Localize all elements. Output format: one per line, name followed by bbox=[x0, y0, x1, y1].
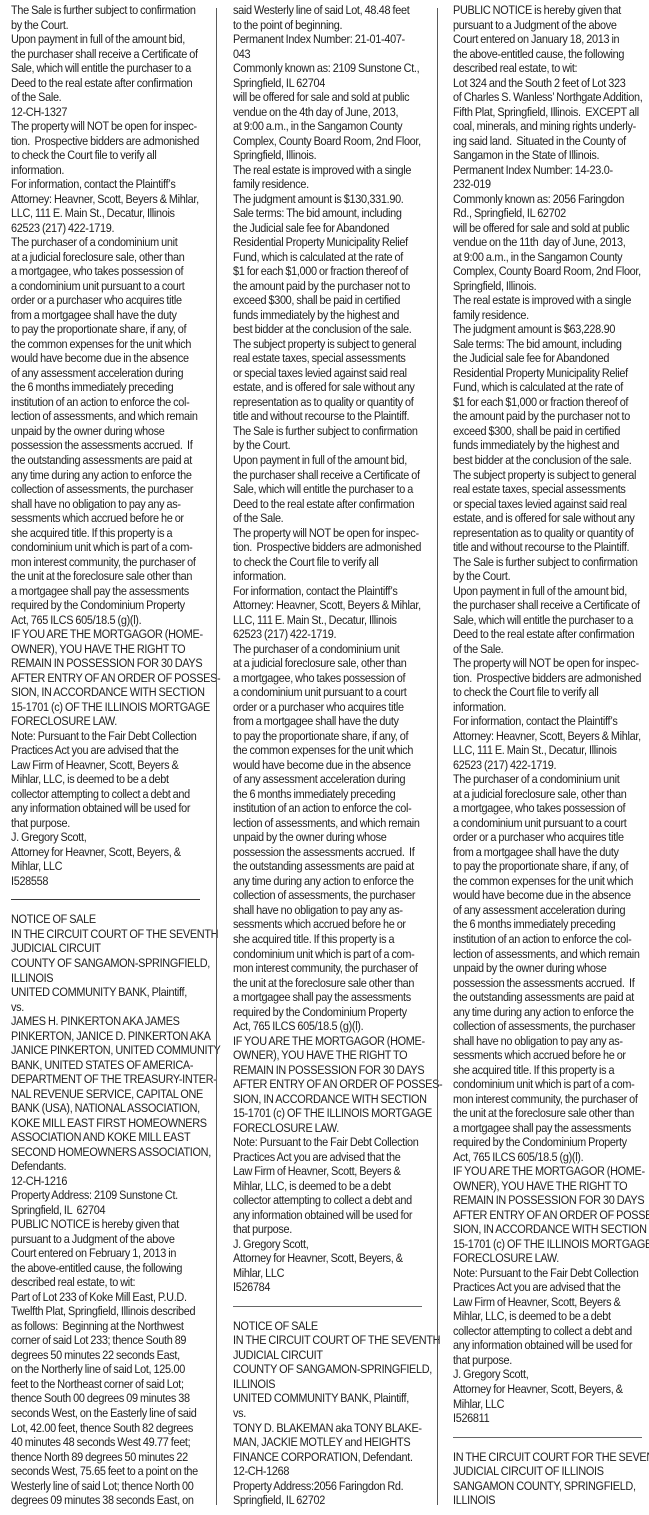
notice-line: corner of said Lot 233; thence South 89 bbox=[11, 1333, 202, 1348]
notice-line: J. Gregory Scott, bbox=[233, 1237, 426, 1252]
notice-line: described real estate, to wit: bbox=[11, 1275, 202, 1290]
notice-line: pursuant to a Judgment of the above bbox=[453, 18, 649, 33]
notice-line: The subject property is subject to gener… bbox=[233, 337, 426, 352]
notice-line: any information obtained will be used fo… bbox=[233, 1208, 426, 1223]
notice-separator-rule bbox=[453, 1437, 642, 1438]
notice-line: 15-1701 (c) OF THE ILLINOIS MORTGAGE bbox=[11, 700, 202, 715]
notice-line: condominium unit which is part of a com- bbox=[11, 540, 202, 555]
notice-line: Act, 765 ILCS 605/18.5 (g)(l). bbox=[453, 1150, 649, 1165]
notice-line: funds immediately by the highest and bbox=[453, 438, 649, 453]
notice-line: Note: Pursuant to the Fair Debt Collecti… bbox=[453, 1266, 649, 1281]
notice-line: BANK (USA), NATIONAL ASSOCIATION, bbox=[11, 1101, 202, 1116]
notice-line: any time during any action to enforce th… bbox=[453, 1005, 649, 1020]
notice-line: any information obtained will be used fo… bbox=[453, 1338, 649, 1353]
notice-line: collection of assessments, the purchaser bbox=[233, 888, 426, 903]
notice-line: Permanent Index Number: 21-01-407- bbox=[233, 32, 426, 47]
notice-line: representation as to quality or quantity… bbox=[453, 526, 649, 541]
notice-line: the outstanding assessments are paid at bbox=[11, 453, 202, 468]
notice-line: the unit at the foreclosure sale other t… bbox=[11, 569, 202, 584]
notice-line: OWNER), YOU HAVE THE RIGHT TO bbox=[453, 1179, 649, 1194]
notice-line: Court entered on January 18, 2013 in bbox=[453, 32, 649, 47]
notice-line: would have become due in the absence bbox=[233, 758, 426, 773]
notice-line: I526811 bbox=[453, 1411, 649, 1426]
notice-line: The real estate is improved with a singl… bbox=[453, 293, 649, 308]
notice-line: Springfield, IL 62704 bbox=[11, 1203, 202, 1218]
notice-line: thence North 89 degrees 50 minutes 22 bbox=[11, 1450, 202, 1465]
notice-line: SION, IN ACCORDANCE WITH SECTION bbox=[11, 685, 202, 700]
notice-line: Law Firm of Heavner, Scott, Beyers & bbox=[11, 758, 202, 773]
notice-line: IF YOU ARE THE MORTGAGOR (HOME- bbox=[453, 1164, 649, 1179]
notice-line: would have become due in the absence bbox=[453, 888, 649, 903]
notice-line: best bidder at the conclusion of the sal… bbox=[233, 322, 426, 337]
notice-line: that purpose. bbox=[453, 1353, 649, 1368]
notice-line: from a mortgagee shall have the duty bbox=[453, 845, 649, 860]
notice-line: thence South 00 degrees 09 minutes 38 bbox=[11, 1391, 202, 1406]
notice-line: Upon payment in full of the amount bid, bbox=[453, 584, 649, 599]
notice-line: a mortgagee, who takes possession of bbox=[453, 801, 649, 816]
notice-line: feet to the Northeast corner of said Lot… bbox=[11, 1377, 202, 1392]
notice-text-block: NOTICE OF SALEIN THE CIRCUIT COURT OF TH… bbox=[233, 1319, 426, 1508]
notice-line: the 6 months immediately preceding bbox=[453, 917, 649, 932]
notice-line: the purchaser shall receive a Certificat… bbox=[11, 47, 202, 62]
notice-line: The judgment amount is $130,331.90. bbox=[233, 192, 426, 207]
notice-line: mon interest community, the purchaser of bbox=[11, 555, 202, 570]
notice-line: Permanent Index Number: 14-23.0- bbox=[453, 163, 649, 178]
notice-line: the outstanding assessments are paid at bbox=[233, 859, 426, 874]
notice-line: that purpose. bbox=[11, 816, 202, 831]
notice-line: Law Firm of Heavner, Scott, Beyers & bbox=[453, 1295, 649, 1310]
notice-line: Commonly known as: 2109 Sunstone Ct., bbox=[233, 61, 426, 76]
notice-line: tion. Prospective bidders are admonished bbox=[11, 134, 202, 149]
notice-line: real estate taxes, special assessments bbox=[453, 482, 649, 497]
notice-line: by the Court. bbox=[11, 18, 202, 33]
notice-line: I526784 bbox=[233, 1280, 426, 1295]
notice-line: the amount paid by the purchaser not to bbox=[233, 279, 426, 294]
notice-line: institution of an action to enforce the … bbox=[453, 932, 649, 947]
notice-line: ASSOCIATION AND KOKE MILL EAST bbox=[11, 1130, 202, 1145]
notice-line: BANK, UNITED STATES OF AMERICA- bbox=[11, 1058, 202, 1073]
notice-line: to pay the proportionate share, if any, … bbox=[11, 322, 202, 337]
notice-line: Attorney for Heavner, Scott, Beyers, & bbox=[11, 845, 202, 860]
notice-line: REMAIN IN POSSESSION FOR 30 DAYS bbox=[453, 1193, 649, 1208]
notice-line: from a mortgagee shall have the duty bbox=[233, 714, 426, 729]
notice-line: Residential Property Municipality Relief bbox=[233, 235, 426, 250]
notice-line: ing said land. Situated in the County of bbox=[453, 134, 649, 149]
notice-line: REMAIN IN POSSESSION FOR 30 DAYS bbox=[233, 1063, 426, 1078]
notice-line: Mihlar, LLC bbox=[11, 859, 202, 874]
notice-line: PUBLIC NOTICE is hereby given that bbox=[453, 3, 649, 18]
notice-line: Upon payment in full of the amount bid, bbox=[233, 453, 426, 468]
notice-line: sessments which accrued before he or bbox=[233, 917, 426, 932]
notice-line: COUNTY OF SANGAMON-SPRINGFIELD, bbox=[11, 956, 202, 971]
notice-line: possession the assessments accrued. If bbox=[453, 976, 649, 991]
notice-line: of the Sale. bbox=[233, 511, 426, 526]
notice-line: Deed to the real estate after confirmati… bbox=[453, 627, 649, 642]
notice-line: FORECLOSURE LAW. bbox=[453, 1251, 649, 1266]
notice-line: JUDICIAL CIRCUIT OF ILLINOIS bbox=[453, 1464, 649, 1479]
notice-line: family residence. bbox=[453, 308, 649, 323]
notice-line: information. bbox=[233, 569, 426, 584]
notice-line: The purchaser of a condominium unit bbox=[11, 235, 202, 250]
notice-line: AFTER ENTRY OF AN ORDER OF POSSES- bbox=[233, 1077, 426, 1092]
notice-line: Practices Act you are advised that the bbox=[11, 743, 202, 758]
notice-line: possession the assessments accrued. If bbox=[233, 845, 426, 860]
notice-line: said Westerly line of said Lot, 48.48 fe… bbox=[233, 3, 426, 18]
notice-line: Defendants. bbox=[11, 1159, 202, 1174]
notice-line: SECOND HOMEOWNERS ASSOCIATION, bbox=[11, 1145, 202, 1160]
notice-line: 62523 (217) 422-1719. bbox=[11, 221, 202, 236]
notice-line: exceed $300, shall be paid in certified bbox=[233, 293, 426, 308]
column-divider bbox=[216, 8, 217, 1505]
notice-line: sessments which accrued before he or bbox=[11, 511, 202, 526]
notice-text-block: PUBLIC NOTICE is hereby given thatpursua… bbox=[453, 3, 649, 1426]
notice-line: will be offered for sale and sold at pub… bbox=[453, 221, 649, 236]
notice-line: LLC, 111 E. Main St., Decatur, Illinois bbox=[233, 613, 426, 628]
notice-line: the purchaser shall receive a Certificat… bbox=[233, 468, 426, 483]
notice-text-block: NOTICE OF SALEIN THE CIRCUIT COURT OF TH… bbox=[11, 912, 202, 1507]
notice-line: Sale terms: The bid amount, including bbox=[453, 337, 649, 352]
notice-line: Sale terms: The bid amount, including bbox=[233, 206, 426, 221]
notice-line: The property will NOT be open for inspec… bbox=[233, 526, 426, 541]
notice-line: Mihlar, LLC bbox=[453, 1397, 649, 1412]
notice-line: Court entered on February 1, 2013 in bbox=[11, 1246, 202, 1261]
notice-text-block: IN THE CIRCUIT COURT FOR THE SEVENTHJUDI… bbox=[453, 1450, 649, 1508]
notice-line: estate, and is offered for sale without … bbox=[453, 511, 649, 526]
notice-line: at a judicial foreclosure sale, other th… bbox=[453, 787, 649, 802]
column-3: PUBLIC NOTICE is hereby given thatpursua… bbox=[453, 3, 649, 1508]
notice-line: 62523 (217) 422-1719. bbox=[233, 627, 426, 642]
notice-line: the common expenses for the unit which bbox=[453, 874, 649, 889]
notice-line: TONY D. BLAKEMAN aka TONY BLAKE- bbox=[233, 1421, 426, 1436]
notice-line: Deed to the real estate after confirmati… bbox=[233, 497, 426, 512]
notice-line: For information, contact the Plaintiff’s bbox=[453, 714, 649, 729]
notice-line: IF YOU ARE THE MORTGAGOR (HOME- bbox=[11, 627, 202, 642]
notice-line: The property will NOT be open for inspec… bbox=[453, 656, 649, 671]
notice-line: the amount paid by the purchaser not to bbox=[453, 409, 649, 424]
notice-line: to check the Court file to verify all bbox=[233, 555, 426, 570]
notice-line: the above-entitled cause, the following bbox=[453, 47, 649, 62]
notice-line: by the Court. bbox=[233, 438, 426, 453]
notice-line: she acquired title. If this property is … bbox=[453, 1063, 649, 1078]
notice-line: Sale, which will entitle the purchaser t… bbox=[453, 613, 649, 628]
notice-line: order or a purchaser who acquires title bbox=[11, 293, 202, 308]
notice-line: degrees 09 minutes 38 seconds East, on bbox=[11, 1493, 202, 1508]
notice-line: SION, IN ACCORDANCE WITH SECTION bbox=[233, 1092, 426, 1107]
notice-line: The property will NOT be open for inspec… bbox=[11, 119, 202, 134]
notice-line: order or a purchaser who acquires title bbox=[233, 700, 426, 715]
notice-line: would have become due in the absence bbox=[11, 351, 202, 366]
notice-line: at 9:00 a.m., in the Sangamon County bbox=[453, 250, 649, 265]
notice-line: a condominium unit pursuant to a court bbox=[453, 816, 649, 831]
notice-line: vendue on the 4th day of June, 2013, bbox=[233, 105, 426, 120]
notice-line: Attorney for Heavner, Scott, Beyers, & bbox=[233, 1251, 426, 1266]
notice-line: seconds West, on the Easterly line of sa… bbox=[11, 1406, 202, 1421]
notice-line: PUBLIC NOTICE is hereby given that bbox=[11, 1217, 202, 1232]
notice-line: KOKE MILL EAST FIRST HOMEOWNERS bbox=[11, 1116, 202, 1131]
notice-line: the 6 months immediately preceding bbox=[233, 787, 426, 802]
notice-line: Lot 324 and the South 2 feet of Lot 323 bbox=[453, 76, 649, 91]
notice-line: LLC, 111 E. Main St., Decatur, Illinois bbox=[11, 206, 202, 221]
notice-line: shall have no obligation to pay any as- bbox=[11, 497, 202, 512]
notice-line: coal, minerals, and mining rights underl… bbox=[453, 119, 649, 134]
notice-line: REMAIN IN POSSESSION FOR 30 DAYS bbox=[11, 656, 202, 671]
notice-line: J. Gregory Scott, bbox=[11, 830, 202, 845]
notice-line: from a mortgagee shall have the duty bbox=[11, 308, 202, 323]
notice-line: collection of assessments, the purchaser bbox=[453, 1019, 649, 1034]
notice-line: FINANCE CORPORATION, Defendant. bbox=[233, 1450, 426, 1465]
notice-line: Mihlar, LLC, is deemed to be a debt bbox=[233, 1179, 426, 1194]
notice-line: Complex, County Board Room, 2nd Floor, bbox=[233, 134, 426, 149]
notice-line: MAN, JACKIE MOTLEY and HEIGHTS bbox=[233, 1435, 426, 1450]
notice-line: ILLINOIS bbox=[453, 1493, 649, 1508]
notice-text-block: said Westerly line of said Lot, 48.48 fe… bbox=[233, 3, 426, 1295]
notice-line: unpaid by the owner during whose bbox=[11, 424, 202, 439]
notice-line: collector attempting to collect a debt a… bbox=[11, 787, 202, 802]
notice-line: any time during any action to enforce th… bbox=[233, 874, 426, 889]
notice-line: any information obtained will be used fo… bbox=[11, 801, 202, 816]
notice-line: order or a purchaser who acquires title bbox=[453, 830, 649, 845]
notice-line: at a judicial foreclosure sale, other th… bbox=[233, 656, 426, 671]
notice-line: of the Sale. bbox=[11, 90, 202, 105]
notice-line: Act, 765 ILCS 605/18.5 (g)(l). bbox=[233, 1019, 426, 1034]
notice-line: title and without recourse to the Plaint… bbox=[233, 409, 426, 424]
notice-line: degrees 50 minutes 22 seconds East, bbox=[11, 1348, 202, 1363]
notice-line: Fifth Plat, Springfield, Illinois. EXCEP… bbox=[453, 105, 649, 120]
notice-line: The subject property is subject to gener… bbox=[453, 468, 649, 483]
notice-line: mon interest community, the purchaser of bbox=[233, 961, 426, 976]
notice-line: condominium unit which is part of a com- bbox=[453, 1077, 649, 1092]
notice-line: Complex, County Board Room, 2nd Floor, bbox=[453, 264, 649, 279]
notice-line: collection of assessments, the purchaser bbox=[11, 482, 202, 497]
notice-line: required by the Condominium Property bbox=[11, 598, 202, 613]
notice-line: lection of assessments, and which remain bbox=[11, 409, 202, 424]
notice-line: For information, contact the Plaintiff’s bbox=[11, 177, 202, 192]
notice-line: The purchaser of a condominium unit bbox=[453, 772, 649, 787]
notice-line: JANICE PINKERTON, UNITED COMMUNITY bbox=[11, 1043, 202, 1058]
notice-line: unpaid by the owner during whose bbox=[453, 961, 649, 976]
notice-line: to pay the proportionate share, if any, … bbox=[453, 859, 649, 874]
notice-line: lection of assessments, and which remain bbox=[233, 816, 426, 831]
notice-line: family residence. bbox=[233, 177, 426, 192]
notice-line: LLC, 111 E. Main St., Decatur, Illinois bbox=[453, 743, 649, 758]
notice-line: Law Firm of Heavner, Scott, Beyers & bbox=[233, 1164, 426, 1179]
notice-line: mon interest community, the purchaser of bbox=[453, 1092, 649, 1107]
notice-line: Springfield, Illinois. bbox=[453, 279, 649, 294]
notice-line: the Judicial sale fee for Abandoned bbox=[453, 351, 649, 366]
notice-line: FORECLOSURE LAW. bbox=[233, 1121, 426, 1136]
notice-line: of any assessment acceleration during bbox=[233, 772, 426, 787]
notice-line: OWNER), YOU HAVE THE RIGHT TO bbox=[233, 1048, 426, 1063]
notice-line: ILLINOIS bbox=[233, 1377, 426, 1392]
notice-line: JUDICIAL CIRCUIT bbox=[233, 1348, 426, 1363]
notice-line: Attorney: Heavner, Scott, Beyers & Mihla… bbox=[233, 598, 426, 613]
notice-line: seconds West, 75.65 feet to a point on t… bbox=[11, 1464, 202, 1479]
notice-line: to check the Court file to verify all bbox=[453, 685, 649, 700]
notice-line: on the Northerly line of said Lot, 125.0… bbox=[11, 1362, 202, 1377]
notice-line: IN THE CIRCUIT COURT OF THE SEVENTH bbox=[11, 927, 202, 942]
notice-line: the 6 months immediately preceding bbox=[11, 380, 202, 395]
notice-line: estate, and is offered for sale without … bbox=[233, 380, 426, 395]
legal-notices-page: The Sale is further subject to confirmat… bbox=[0, 0, 649, 1515]
notice-line: at a judicial foreclosure sale, other th… bbox=[11, 250, 202, 265]
notice-line: COUNTY OF SANGAMON-SPRINGFIELD, bbox=[233, 1362, 426, 1377]
notice-line: to the point of beginning. bbox=[233, 18, 426, 33]
notice-line: IN THE CIRCUIT COURT OF THE SEVENTH bbox=[233, 1333, 426, 1348]
notice-line: the common expenses for the unit which bbox=[233, 743, 426, 758]
notice-line: a mortgagee shall pay the assessments bbox=[233, 990, 426, 1005]
notice-line: Lot, 42.00 feet, thence South 82 degrees bbox=[11, 1421, 202, 1436]
notice-line: IF YOU ARE THE MORTGAGOR (HOME- bbox=[233, 1034, 426, 1049]
notice-line: representation as to quality or quantity… bbox=[233, 395, 426, 410]
notice-line: will be offered for sale and sold at pub… bbox=[233, 90, 426, 105]
notice-line: of the Sale. bbox=[453, 642, 649, 657]
notice-line: a mortgagee, who takes possession of bbox=[233, 671, 426, 686]
notice-line: UNITED COMMUNITY BANK, Plaintiff, bbox=[11, 985, 202, 1000]
notice-line: described real estate, to wit: bbox=[453, 61, 649, 76]
notice-line: information. bbox=[453, 700, 649, 715]
notice-line: Attorney: Heavner, Scott, Beyers & Mihla… bbox=[453, 729, 649, 744]
notice-line: at 9:00 a.m., in the Sangamon County bbox=[233, 119, 426, 134]
notice-line: Commonly known as: 2056 Faringdon bbox=[453, 192, 649, 207]
notice-line: tion. Prospective bidders are admonished bbox=[233, 540, 426, 555]
notice-line: 12-CH-1268 bbox=[233, 1464, 426, 1479]
column-divider bbox=[437, 8, 438, 1505]
notice-line: Part of Lot 233 of Koke Mill East, P.U.D… bbox=[11, 1290, 202, 1305]
notice-line: the purchaser shall receive a Certificat… bbox=[453, 598, 649, 613]
notice-line: Westerly line of said Lot; thence North … bbox=[11, 1479, 202, 1494]
notice-line: SION, IN ACCORDANCE WITH SECTION bbox=[453, 1222, 649, 1237]
notice-line: Twelfth Plat, Springfield, Illinois desc… bbox=[11, 1304, 202, 1319]
notice-line: Fund, which is calculated at the rate of bbox=[453, 380, 649, 395]
notice-line: of Charles S. Wanless’ Northgate Additio… bbox=[453, 90, 649, 105]
notice-line: a condominium unit pursuant to a court bbox=[11, 279, 202, 294]
notice-line: a mortgagee shall pay the assessments bbox=[11, 584, 202, 599]
notice-line: Note: Pursuant to the Fair Debt Collecti… bbox=[233, 1135, 426, 1150]
column-1: The Sale is further subject to confirmat… bbox=[11, 3, 202, 1508]
notice-line: possession the assessments accrued. If bbox=[11, 438, 202, 453]
notice-separator-rule bbox=[11, 899, 200, 900]
column-2: said Westerly line of said Lot, 48.48 fe… bbox=[233, 3, 426, 1508]
notice-line: Upon payment in full of the amount bid, bbox=[11, 32, 202, 47]
notice-line: NOTICE OF SALE bbox=[11, 912, 202, 927]
notice-line: The Sale is further subject to confirmat… bbox=[233, 424, 426, 439]
notice-line: AFTER ENTRY OF AN ORDER OF POSSES- bbox=[453, 1208, 649, 1223]
notice-line: best bidder at the conclusion of the sal… bbox=[453, 453, 649, 468]
notice-line: the unit at the foreclosure sale other t… bbox=[453, 1106, 649, 1121]
notice-line: Attorney for Heavner, Scott, Beyers, & bbox=[453, 1382, 649, 1397]
notice-line: the common expenses for the unit which bbox=[11, 337, 202, 352]
notice-line: tion. Prospective bidders are admonished bbox=[453, 671, 649, 686]
notice-line: of any assessment acceleration during bbox=[453, 903, 649, 918]
notice-line: 12-CH-1327 bbox=[11, 105, 202, 120]
notice-line: Rd., Springfield, IL 62702 bbox=[453, 206, 649, 221]
notice-line: institution of an action to enforce the … bbox=[11, 395, 202, 410]
notice-line: to pay the proportionate share, if any, … bbox=[233, 729, 426, 744]
notice-line: information. bbox=[11, 163, 202, 178]
notice-line: to check the Court file to verify all bbox=[11, 148, 202, 163]
notice-line: lection of assessments, and which remain bbox=[453, 947, 649, 962]
notice-line: The judgment amount is $63,228.90 bbox=[453, 322, 649, 337]
notice-line: Mihlar, LLC, is deemed to be a debt bbox=[11, 772, 202, 787]
notice-line: real estate taxes, special assessments bbox=[233, 351, 426, 366]
notice-line: or special taxes levied against said rea… bbox=[453, 497, 649, 512]
notice-line: 62523 (217) 422-1719. bbox=[453, 758, 649, 773]
notice-line: Springfield, Illinois. bbox=[233, 148, 426, 163]
notice-line: Deed to the real estate after confirmati… bbox=[11, 76, 202, 91]
notice-line: that purpose. bbox=[233, 1222, 426, 1237]
notice-line: shall have no obligation to pay any as- bbox=[233, 903, 426, 918]
notice-line: The Sale is further subject to confirmat… bbox=[453, 555, 649, 570]
notice-line: $1 for each $1,000 or fraction thereof o… bbox=[233, 264, 426, 279]
notice-line: 232-019 bbox=[453, 177, 649, 192]
notice-line: collector attempting to collect a debt a… bbox=[233, 1193, 426, 1208]
notice-line: The real estate is improved with a singl… bbox=[233, 163, 426, 178]
notice-line: OWNER), YOU HAVE THE RIGHT TO bbox=[11, 642, 202, 657]
notice-line: Sangamon in the State of Illinois. bbox=[453, 148, 649, 163]
notice-line: Property Address: 2109 Sunstone Ct. bbox=[11, 1188, 202, 1203]
notice-line: she acquired title. If this property is … bbox=[11, 526, 202, 541]
notice-line: 12-CH-1216 bbox=[11, 1174, 202, 1189]
notice-line: funds immediately by the highest and bbox=[233, 308, 426, 323]
notice-line: she acquired title. If this property is … bbox=[233, 932, 426, 947]
notice-line: Act, 765 ILCS 605/18.5 (g)(l). bbox=[11, 613, 202, 628]
notice-line: Fund, which is calculated at the rate of bbox=[233, 250, 426, 265]
notice-line: 15-1701 (c) OF THE ILLINOIS MORTGAGE bbox=[233, 1106, 426, 1121]
notice-line: JUDICIAL CIRCUIT bbox=[11, 941, 202, 956]
notice-line: Practices Act you are advised that the bbox=[453, 1280, 649, 1295]
notice-line: 40 minutes 48 seconds West 49.77 feet; bbox=[11, 1435, 202, 1450]
notice-line: Springfield, IL 62704 bbox=[233, 76, 426, 91]
notice-line: a mortgagee shall pay the assessments bbox=[453, 1121, 649, 1136]
notice-line: FORECLOSURE LAW. bbox=[11, 714, 202, 729]
notice-line: I528558 bbox=[11, 874, 202, 889]
notice-line: pursuant to a Judgment of the above bbox=[11, 1232, 202, 1247]
notice-line: UNITED COMMUNITY BANK, Plaintiff, bbox=[233, 1391, 426, 1406]
notice-line: the unit at the foreclosure sale other t… bbox=[233, 976, 426, 991]
notice-line: NAL REVENUE SERVICE, CAPITAL ONE bbox=[11, 1087, 202, 1102]
notice-line: Residential Property Municipality Relief bbox=[453, 366, 649, 381]
notice-separator-rule bbox=[233, 1306, 422, 1307]
notice-line: Attorney: Heavner, Scott, Beyers & Mihla… bbox=[11, 192, 202, 207]
notice-line: PINKERTON, JANICE D. PINKERTON AKA bbox=[11, 1029, 202, 1044]
notice-line: or special taxes levied against said rea… bbox=[233, 366, 426, 381]
notice-line: JAMES H. PINKERTON AKA JAMES bbox=[11, 1014, 202, 1029]
notice-line: institution of an action to enforce the … bbox=[233, 801, 426, 816]
notice-line: a condominium unit pursuant to a court bbox=[233, 685, 426, 700]
notice-line: NOTICE OF SALE bbox=[233, 1319, 426, 1334]
notice-line: Mihlar, LLC bbox=[233, 1266, 426, 1281]
notice-line: the outstanding assessments are paid at bbox=[453, 990, 649, 1005]
notice-line: the above-entitled cause, the following bbox=[11, 1261, 202, 1276]
notice-line: For information, contact the Plaintiff’s bbox=[233, 584, 426, 599]
notice-line: The Sale is further subject to confirmat… bbox=[11, 3, 202, 18]
notice-line: as follows: Beginning at the Northwest bbox=[11, 1319, 202, 1334]
notice-line: $1 for each $1,000 or fraction thereof o… bbox=[453, 395, 649, 410]
notice-line: IN THE CIRCUIT COURT FOR THE SEVENTH bbox=[453, 1450, 649, 1465]
notice-line: DEPARTMENT OF THE TREASURY-INTER- bbox=[11, 1072, 202, 1087]
notice-line: collector attempting to collect a debt a… bbox=[453, 1324, 649, 1339]
notice-line: Mihlar, LLC, is deemed to be a debt bbox=[453, 1309, 649, 1324]
notice-line: vs. bbox=[233, 1406, 426, 1421]
notice-text-block: The Sale is further subject to confirmat… bbox=[11, 3, 202, 888]
notice-line: 043 bbox=[233, 47, 426, 62]
notice-line: required by the Condominium Property bbox=[453, 1135, 649, 1150]
notice-line: Sale, which will entitle the purchaser t… bbox=[233, 482, 426, 497]
notice-line: The purchaser of a condominium unit bbox=[233, 642, 426, 657]
notice-line: Property Address:2056 Faringdon Rd. bbox=[233, 1479, 426, 1494]
notice-line: Sale, which will entitle the purchaser t… bbox=[11, 61, 202, 76]
notice-line: J. Gregory Scott, bbox=[453, 1367, 649, 1382]
